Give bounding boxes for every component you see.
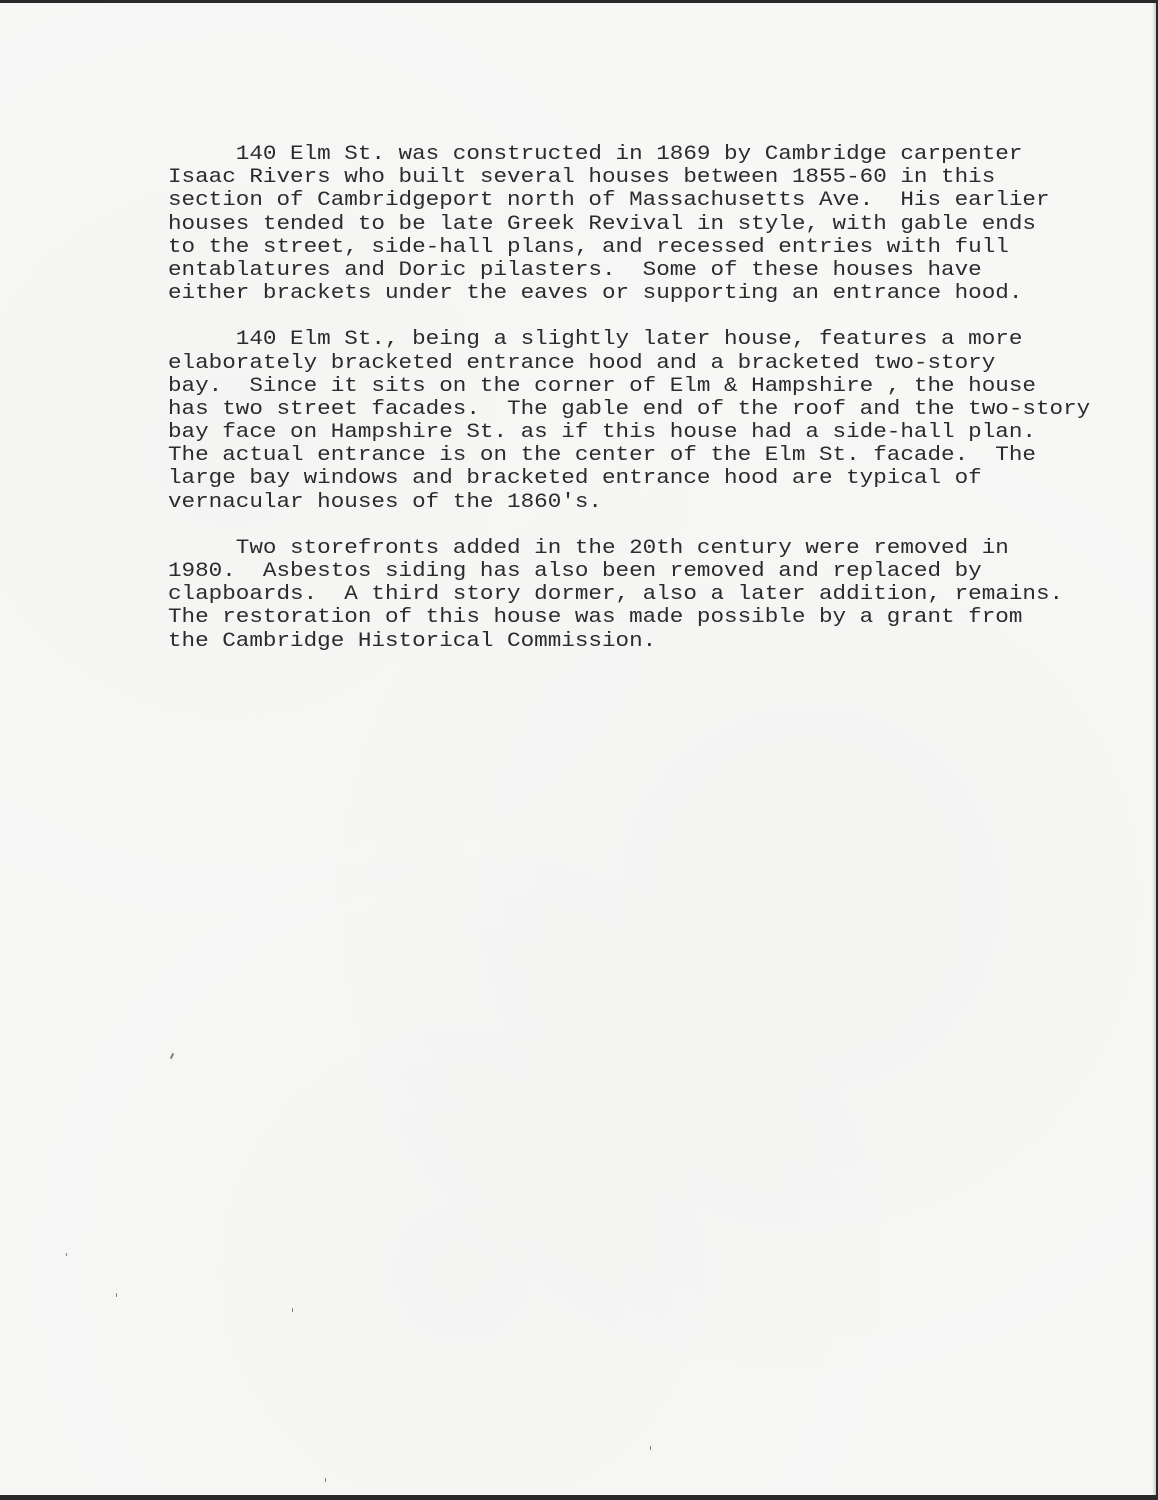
text-line: clapboards. A third story dormer, also a… bbox=[168, 583, 1158, 606]
scan-speck bbox=[325, 1478, 326, 1482]
paragraph-architecture: 140 Elm St., being a slightly later hous… bbox=[168, 328, 1128, 514]
text-line: entablatures and Doric pilasters. Some o… bbox=[168, 259, 1158, 282]
text-line: Two storefronts added in the 20th centur… bbox=[168, 537, 1158, 560]
paragraph-history: 140 Elm St. was constructed in 1869 by C… bbox=[168, 143, 1128, 305]
scan-speck bbox=[116, 1293, 117, 1297]
text-line: 140 Elm St., being a slightly later hous… bbox=[168, 328, 1158, 351]
text-line: 1980. Asbestos siding has also been remo… bbox=[168, 560, 1158, 583]
document-page: 140 Elm St. was constructed in 1869 by C… bbox=[0, 3, 1156, 1495]
text-line: The actual entrance is on the center of … bbox=[168, 444, 1158, 467]
text-line: houses tended to be late Greek Revival i… bbox=[168, 213, 1158, 236]
document-body: 140 Elm St. was constructed in 1869 by C… bbox=[168, 143, 1128, 676]
text-line: bay. Since it sits on the corner of Elm … bbox=[168, 375, 1158, 398]
text-line: bay face on Hampshire St. as if this hou… bbox=[168, 421, 1158, 444]
text-line: has two street facades. The gable end of… bbox=[168, 398, 1158, 421]
scan-speck bbox=[66, 1253, 67, 1256]
text-line: section of Cambridgeport north of Massac… bbox=[168, 189, 1158, 212]
text-line: Isaac Rivers who built several houses be… bbox=[168, 166, 1158, 189]
scan-speck bbox=[650, 1446, 651, 1450]
paragraph-restoration: Two storefronts added in the 20th centur… bbox=[168, 537, 1128, 653]
scan-speck bbox=[292, 1308, 293, 1312]
text-line: to the street, side-hall plans, and rece… bbox=[168, 236, 1158, 259]
text-line: large bay windows and bracketed entrance… bbox=[168, 467, 1158, 490]
text-line: vernacular houses of the 1860's. bbox=[168, 491, 1158, 514]
text-line: either brackets under the eaves or suppo… bbox=[168, 282, 1158, 305]
text-line: elaborately bracketed entrance hood and … bbox=[168, 352, 1158, 375]
text-line: The restoration of this house was made p… bbox=[168, 606, 1158, 629]
scan-speck bbox=[170, 1053, 174, 1059]
text-line: 140 Elm St. was constructed in 1869 by C… bbox=[168, 143, 1158, 166]
text-line: the Cambridge Historical Commission. bbox=[168, 630, 1158, 653]
